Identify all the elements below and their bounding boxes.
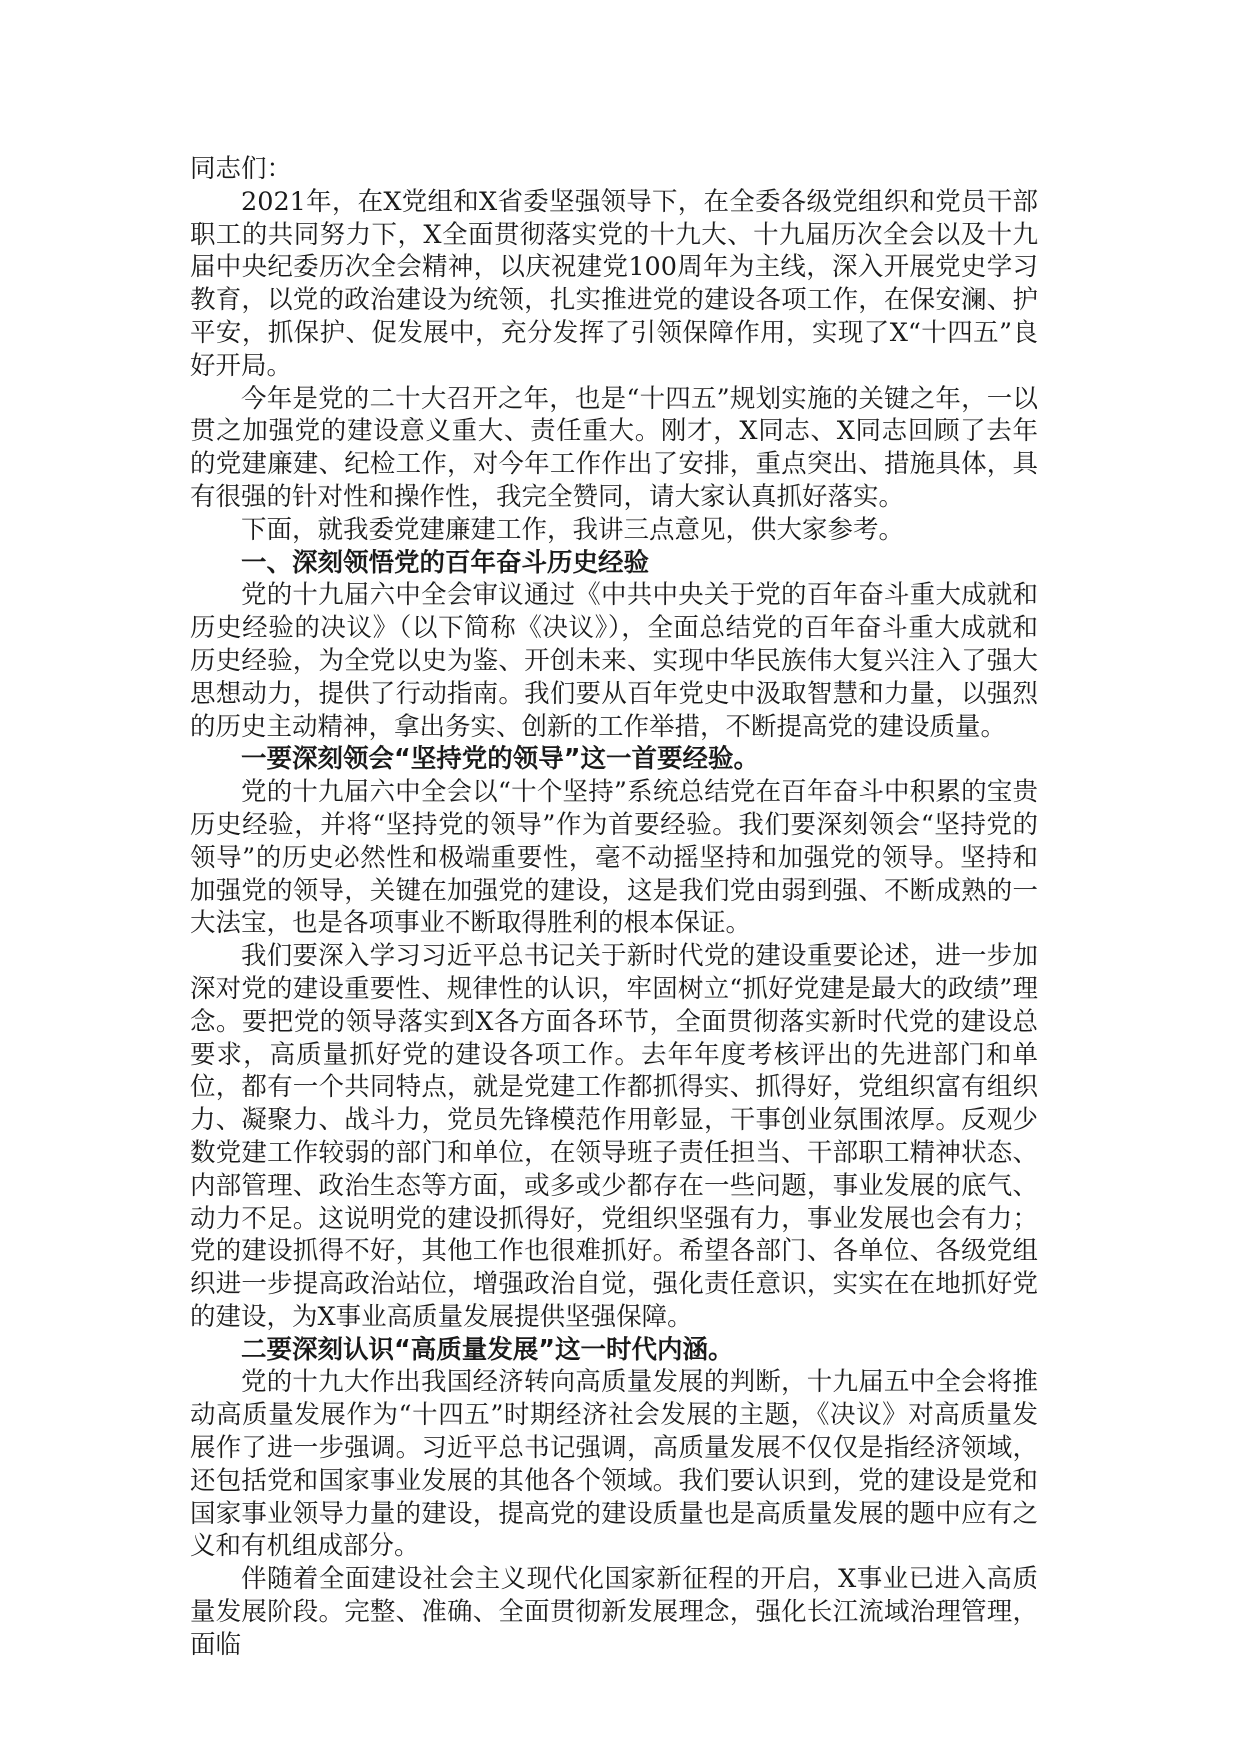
subsection-1-paragraph-2: 我们要深入学习习近平总书记关于新时代党的建设重要论述，进一步加深对党的建设重要性…	[190, 940, 1038, 1334]
section-heading-1: 一、深刻领悟党的百年奋斗历史经验	[190, 547, 1038, 580]
subsection-2-paragraph-1: 党的十九大作出我国经济转向高质量发展的判断，十九届五中全会将推动高质量发展作为“…	[190, 1366, 1038, 1563]
section-1-intro: 党的十九届六中全会审议通过《中共中央关于党的百年奋斗重大成就和历史经验的决议》（…	[190, 579, 1038, 743]
subsection-1-paragraph-1: 党的十九届六中全会以“十个坚持”系统总结党在百年奋斗中积累的宝贵历史经验，并将“…	[190, 776, 1038, 940]
paragraph-this-year: 今年是党的二十大召开之年，也是“十四五”规划实施的关键之年，一以贯之加强党的建设…	[190, 383, 1038, 514]
subsection-heading-2: 二要深刻认识“高质量发展”这一时代内涵。	[190, 1334, 1038, 1367]
document-page: 同志们： 2021年，在X党组和X省委坚强领导下，在全委各级党组织和党员干部职工…	[190, 153, 1038, 1662]
salutation: 同志们：	[190, 153, 1038, 186]
subsection-2-paragraph-2: 伴随着全面建设社会主义现代化国家新征程的开启，X事业已进入高质量发展阶段。完整、…	[190, 1563, 1038, 1661]
subsection-heading-1: 一要深刻领会“坚持党的领导”这一首要经验。	[190, 743, 1038, 776]
paragraph-review-2021: 2021年，在X党组和X省委坚强领导下，在全委各级党组织和党员干部职工的共同努力…	[190, 186, 1038, 383]
paragraph-three-points: 下面，就我委党建廉建工作，我讲三点意见，供大家参考。	[190, 514, 1038, 547]
